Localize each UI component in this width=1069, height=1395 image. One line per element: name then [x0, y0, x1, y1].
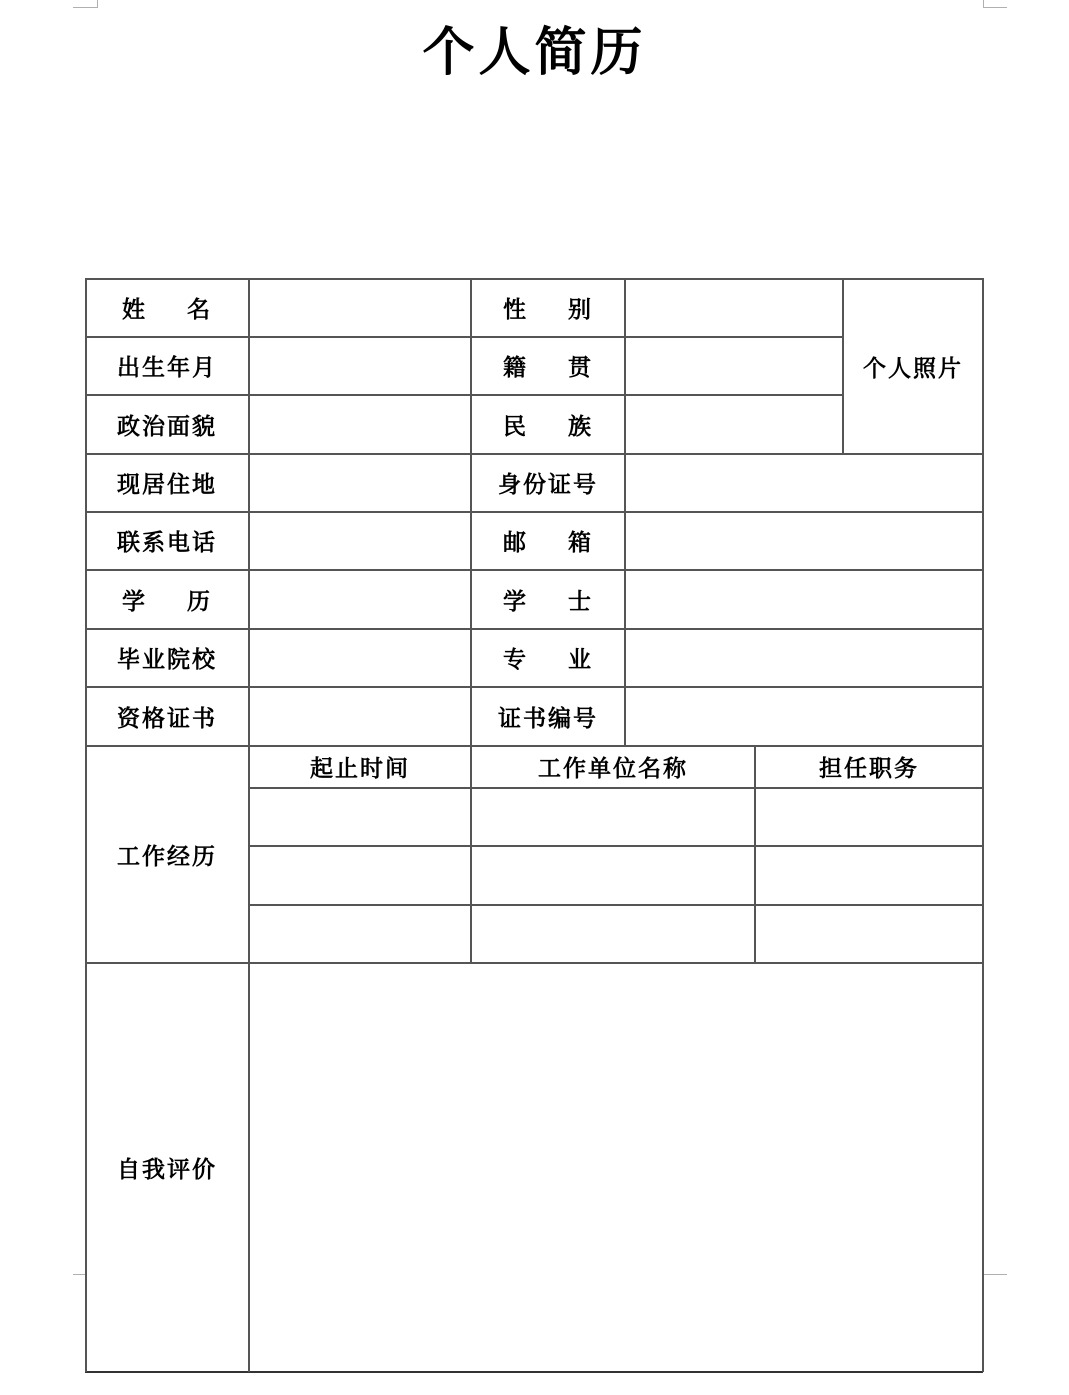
header-position: 担任职务 — [756, 746, 982, 787]
input-address[interactable] — [250, 454, 470, 511]
label-id-number: 身份证号 — [472, 454, 624, 511]
label-char: 箱 — [568, 524, 593, 557]
work-row-1-position[interactable] — [756, 788, 982, 845]
input-ethnicity[interactable] — [626, 395, 842, 453]
label-char: 历 — [187, 583, 212, 616]
input-birth[interactable] — [250, 337, 470, 394]
label-char: 民 — [503, 408, 528, 441]
input-id-number[interactable] — [626, 454, 982, 511]
input-school[interactable] — [250, 629, 470, 686]
label-char: 士 — [568, 583, 593, 616]
header-period: 起止时间 — [250, 746, 470, 787]
label-ethnicity: 民族 — [472, 395, 624, 453]
label-char: 贯 — [568, 349, 593, 382]
label-char: 性 — [503, 291, 528, 324]
label-name: 姓名 — [86, 279, 248, 336]
page-title: 个人简历 — [0, 18, 1069, 88]
work-row-1-employer[interactable] — [472, 788, 754, 845]
input-gender[interactable] — [626, 279, 842, 336]
crop-mark — [983, 1274, 1007, 1275]
label-self-evaluation: 自我评价 — [86, 963, 248, 1371]
work-row-2-position[interactable] — [756, 846, 982, 904]
crop-mark — [97, 0, 98, 8]
label-char: 学 — [122, 583, 147, 616]
photo-placeholder[interactable]: 个人照片 — [844, 279, 982, 453]
input-degree[interactable] — [626, 570, 982, 628]
input-email[interactable] — [626, 512, 982, 569]
input-name[interactable] — [250, 279, 470, 336]
label-char: 姓 — [122, 291, 147, 324]
work-row-3-period[interactable] — [250, 905, 470, 962]
input-education[interactable] — [250, 570, 470, 628]
label-char: 籍 — [503, 349, 528, 382]
work-row-1-period[interactable] — [250, 788, 470, 845]
crop-mark — [73, 7, 98, 8]
label-certificate-number: 证书编号 — [472, 687, 624, 745]
label-char: 专 — [503, 641, 528, 674]
crop-mark — [983, 7, 1007, 8]
label-certificate: 资格证书 — [86, 687, 248, 745]
label-birth: 出生年月 — [86, 337, 248, 394]
label-char: 别 — [568, 291, 593, 324]
work-row-3-employer[interactable] — [472, 905, 754, 962]
label-address: 现居住地 — [86, 454, 248, 511]
work-row-3-position[interactable] — [756, 905, 982, 962]
label-degree: 学士 — [472, 570, 624, 628]
label-char: 名 — [187, 291, 212, 324]
label-char: 业 — [568, 641, 593, 674]
label-native-place: 籍贯 — [472, 337, 624, 394]
work-row-2-employer[interactable] — [472, 846, 754, 904]
label-gender: 性别 — [472, 279, 624, 336]
label-education: 学历 — [86, 570, 248, 628]
input-political[interactable] — [250, 395, 470, 453]
label-email: 邮箱 — [472, 512, 624, 569]
input-major[interactable] — [626, 629, 982, 686]
input-self-evaluation[interactable] — [250, 963, 982, 1371]
input-native-place[interactable] — [626, 337, 842, 394]
input-certificate[interactable] — [250, 687, 470, 745]
label-phone: 联系电话 — [86, 512, 248, 569]
input-certificate-number[interactable] — [626, 687, 982, 745]
label-major: 专业 — [472, 629, 624, 686]
label-work-experience: 工作经历 — [86, 746, 248, 962]
label-char: 学 — [503, 583, 528, 616]
label-school: 毕业院校 — [86, 629, 248, 686]
label-char: 邮 — [503, 524, 528, 557]
crop-mark — [983, 0, 984, 8]
input-phone[interactable] — [250, 512, 470, 569]
work-row-2-period[interactable] — [250, 846, 470, 904]
label-char: 族 — [568, 408, 593, 441]
header-employer: 工作单位名称 — [472, 746, 754, 787]
label-political: 政治面貌 — [86, 395, 248, 453]
